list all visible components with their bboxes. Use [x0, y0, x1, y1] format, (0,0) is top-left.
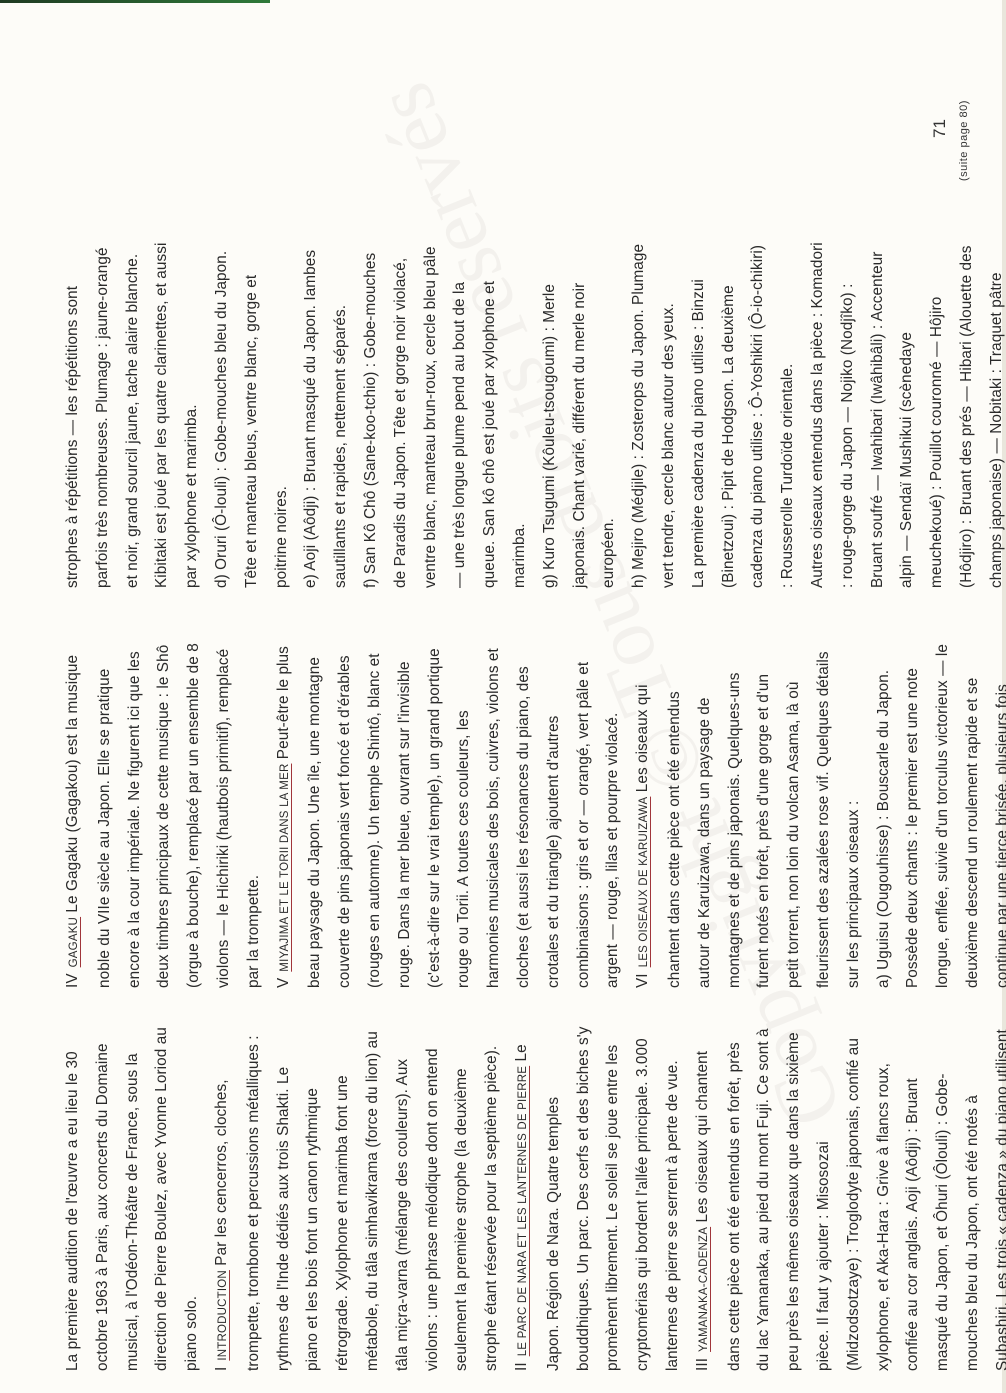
section-heading: LE PARC DE NARA ET LES LANTERNES DE PIER… [517, 1066, 529, 1356]
rotated-page: Copyright © Tous droits réservés La prem… [0, 0, 1006, 1393]
list-item: g) Kuro Tsugumi (Kôuleu-tsougoumi) : Mer… [535, 238, 624, 588]
page-number: 71 [930, 119, 950, 138]
section-ii: IILE PARC DE NARA ET LES LANTERNES DE PI… [507, 1026, 688, 1371]
column-3: strophes à répétitions — les répétitions… [58, 238, 1006, 588]
section-iv: IVGAGAKU Le Gagaku (Gagakou) est la musi… [58, 643, 269, 988]
section-heading: GAGAKU [68, 917, 80, 967]
section-heading: INTRODUCTION [217, 1270, 229, 1361]
paragraph: Autres oiseaux entendus dans la pièce : … [803, 238, 1006, 588]
continuation-note: (suite page 80) [958, 100, 970, 181]
list-item: a) Uguisu (Ougouhisse) : Bouscarle du Ja… [869, 643, 1006, 988]
section-iii: IIIYAMANAKA-CADENZA Les oiseaux qui chan… [688, 1026, 1006, 1371]
paragraph: La première cadenza du piano utilise : B… [684, 238, 803, 588]
paragraph: La première audition de l'œuvre a eu lie… [58, 1026, 207, 1371]
section-heading: MIYAJIMA ET LE TORII DANS LA MER [279, 764, 291, 972]
column-1: La première audition de l'œuvre a eu lie… [58, 1026, 1006, 1371]
column-2: IVGAGAKU Le Gagaku (Gagakou) est la musi… [58, 643, 1006, 988]
paragraph: strophes à répétitions — les répétitions… [58, 238, 207, 588]
section-heading: YAMANAKA-CADENZA [698, 1227, 710, 1352]
section-v: VMIYAJIMA ET LE TORII DANS LA MER Peut-ê… [269, 643, 629, 988]
list-item: h) Mejiro (Médjile) : Zosterops du Japon… [624, 238, 684, 588]
list-item: e) Aoji (Aôdji) : Bruant masqué du Japon… [296, 238, 356, 588]
section-heading: LES OISEAUX DE KARUIZAWA [638, 797, 650, 968]
list-item: d) Oruri (Ô-louli) : Gobe-mouches bleu d… [207, 238, 296, 588]
list-item: f) San Kô Chô (Sane-koo-tchio) : Gobe-mo… [356, 238, 535, 588]
section-vi: VILES OISEAUX DE KARUIZAWA Les oiseaux q… [628, 643, 868, 988]
section-i: IINTRODUCTION Par les cencerros, cloches… [207, 1026, 507, 1371]
